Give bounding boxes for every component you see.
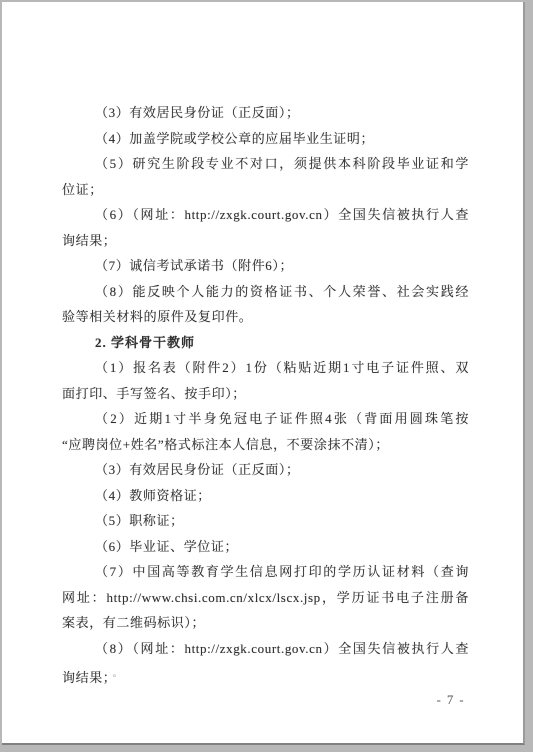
- text-line: 面打印、手写签名、按手印）；: [62, 381, 469, 407]
- text-line: （8）能反映个人能力的资格证书、个人荣誉、社会实践经: [62, 279, 469, 305]
- text-line: 2. 学科骨干教师: [62, 330, 469, 356]
- page-number: - 7 -: [62, 693, 469, 708]
- text-line-content: （6）（网址：http://zxgk.court.gov.cn）全国失信被执行人…: [95, 207, 469, 222]
- text-line-content: 询结果；: [62, 233, 116, 248]
- text-line: 询结果；。: [62, 661, 469, 687]
- text-line: （3）有效居民身份证（正反面）；: [62, 100, 469, 126]
- text-line-content: 位证；: [62, 182, 103, 197]
- scan-background: （3）有效居民身份证（正反面）；（4）加盖学院或学校公章的应届毕业生证明；（5）…: [0, 0, 533, 752]
- text-line-content: （5）职称证；: [95, 513, 184, 528]
- text-line-content: 验等相关材料的原件及复印件。: [62, 309, 252, 324]
- scan-artifact: 。: [113, 669, 121, 678]
- text-line: （8）（网址：http://zxgk.court.gov.cn）全国失信被执行人…: [62, 636, 469, 662]
- text-line: （4）教师资格证；: [62, 483, 469, 509]
- document-body: （3）有效居民身份证（正反面）；（4）加盖学院或学校公章的应届毕业生证明；（5）…: [62, 100, 469, 687]
- text-line-content: 面打印、手写签名、按手印）；: [62, 386, 246, 401]
- text-line: （6）毕业证、学位证；: [62, 534, 469, 560]
- text-line: 验等相关材料的原件及复印件。: [62, 304, 469, 330]
- text-line: 位证；: [62, 177, 469, 203]
- text-line: （5）研究生阶段专业不对口，须提供本科阶段毕业证和学: [62, 151, 469, 177]
- text-line: （2）近期1寸半身免冠电子证件照4张（背面用圆珠笔按: [62, 406, 469, 432]
- text-line-content: （3）有效居民身份证（正反面）；: [95, 462, 300, 477]
- text-line: （7）诚信考试承诺书（附件6）；: [62, 253, 469, 279]
- text-line-content: 网址：http://www.chsi.com.cn/xlcx/lscx.jsp，…: [62, 590, 469, 605]
- text-line-content: （5）研究生阶段专业不对口，须提供本科阶段毕业证和学: [95, 156, 469, 171]
- text-line-content: （8）（网址：http://zxgk.court.gov.cn）全国失信被执行人…: [95, 641, 469, 656]
- text-line-content: （2）近期1寸半身免冠电子证件照4张（背面用圆珠笔按: [95, 411, 469, 426]
- text-line: （4）加盖学院或学校公章的应届毕业生证明；: [62, 126, 469, 152]
- text-line-content: （7）中国高等教育学生信息网打印的学历认证材料（查询: [95, 564, 469, 579]
- text-line-content: （4）加盖学院或学校公章的应届毕业生证明；: [95, 131, 374, 146]
- text-line-content: （4）教师资格证；: [95, 488, 211, 503]
- text-line-content: （3）有效居民身份证（正反面）；: [95, 105, 300, 120]
- text-line: （3）有效居民身份证（正反面）；: [62, 457, 469, 483]
- text-line-content: “应聘岗位+姓名”格式标注本人信息，不要涂抹不清）；: [62, 437, 389, 452]
- text-line: 询结果；: [62, 228, 469, 254]
- text-line: 网址：http://www.chsi.com.cn/xlcx/lscx.jsp，…: [62, 585, 469, 611]
- document-page: （3）有效居民身份证（正反面）；（4）加盖学院或学校公章的应届毕业生证明；（5）…: [2, 2, 525, 745]
- text-line-content: （6）毕业证、学位证；: [95, 539, 238, 554]
- text-line-content: 询结果；: [62, 670, 110, 685]
- text-line: （6）（网址：http://zxgk.court.gov.cn）全国失信被执行人…: [62, 202, 469, 228]
- text-line: （1）报名表（附件2）1份（粘贴近期1寸电子证件照、双: [62, 355, 469, 381]
- text-line: （7）中国高等教育学生信息网打印的学历认证材料（查询: [62, 559, 469, 585]
- text-line: （5）职称证；: [62, 508, 469, 534]
- text-line: 案表，有二维码标识）；: [62, 610, 469, 636]
- text-line-content: （7）诚信考试承诺书（附件6）；: [95, 258, 293, 273]
- text-line-content: 2. 学科骨干教师: [95, 335, 195, 350]
- text-line: “应聘岗位+姓名”格式标注本人信息，不要涂抹不清）；: [62, 432, 469, 458]
- text-line-content: （8）能反映个人能力的资格证书、个人荣誉、社会实践经: [95, 284, 469, 299]
- text-line-content: （1）报名表（附件2）1份（粘贴近期1寸电子证件照、双: [95, 360, 469, 375]
- text-line-content: 案表，有二维码标识）；: [62, 615, 205, 630]
